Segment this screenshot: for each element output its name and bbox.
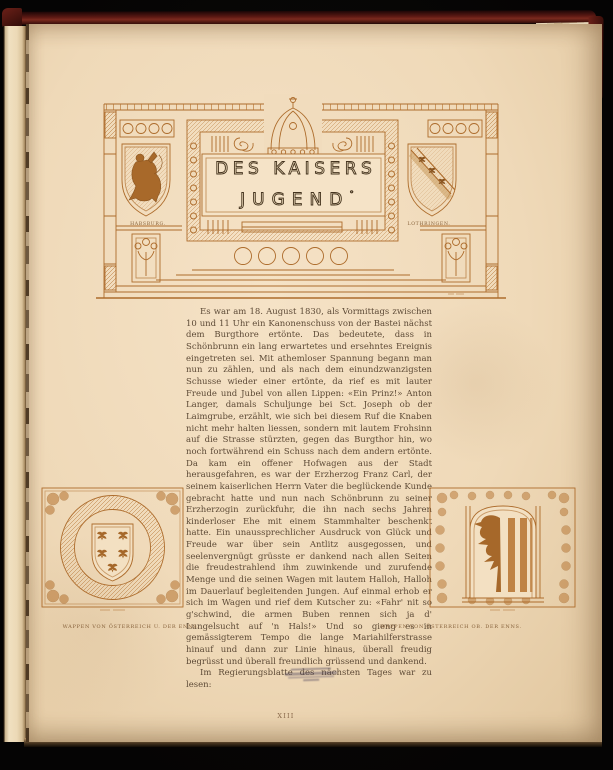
right-column <box>486 104 498 298</box>
title-ornament-ring: ° <box>349 190 354 200</box>
five-eaglets-shield-icon <box>92 524 133 581</box>
caption-right-crest: WAPPEN VON ÖSTERREICH OB. DER ENNS. <box>366 624 536 630</box>
book-cover-edge-top <box>4 10 596 25</box>
caption-left-crest: WAPPEN VON ÖSTERREICH U. DER ENNS. <box>51 624 211 630</box>
scroll-knot-right <box>333 138 352 151</box>
library-stamp <box>282 665 341 684</box>
body-paragraph: Es war am 18. August 1830, als Vormittag… <box>186 307 432 668</box>
scroll-knot-left <box>234 138 253 151</box>
left-column <box>104 104 116 298</box>
base-steps <box>96 270 506 298</box>
lothringen-shield-icon <box>408 144 456 216</box>
slats-top-right <box>357 136 373 152</box>
underlying-page-edge <box>3 26 26 742</box>
habsburg-shield-icon <box>122 144 170 216</box>
chapter-title: DES KAISERS JUGEND° <box>202 156 385 216</box>
book-page: DES KAISERS JUGEND° HABSBURG. LOTHRINGEN… <box>26 24 602 742</box>
page-number: XIII <box>256 712 316 720</box>
body-text: Es war am 18. August 1830, als Vormittag… <box>186 307 432 692</box>
upper-austria-crest <box>428 486 578 616</box>
circle-row <box>235 248 348 265</box>
crown-icon <box>264 94 322 156</box>
lower-austria-crest <box>40 486 186 616</box>
title-line-1: DES KAISERS <box>202 156 385 182</box>
title-line-2: JUGEND° <box>202 182 385 213</box>
page-gutter-shadow <box>26 24 29 742</box>
scanned-book-photo: DES KAISERS JUGEND° HABSBURG. LOTHRINGEN… <box>0 0 613 770</box>
caption-habsburg: HABSBURG. <box>98 222 198 228</box>
slats-top-left <box>212 136 228 152</box>
caption-lothringen: LOTHRINGEN. <box>379 222 479 228</box>
